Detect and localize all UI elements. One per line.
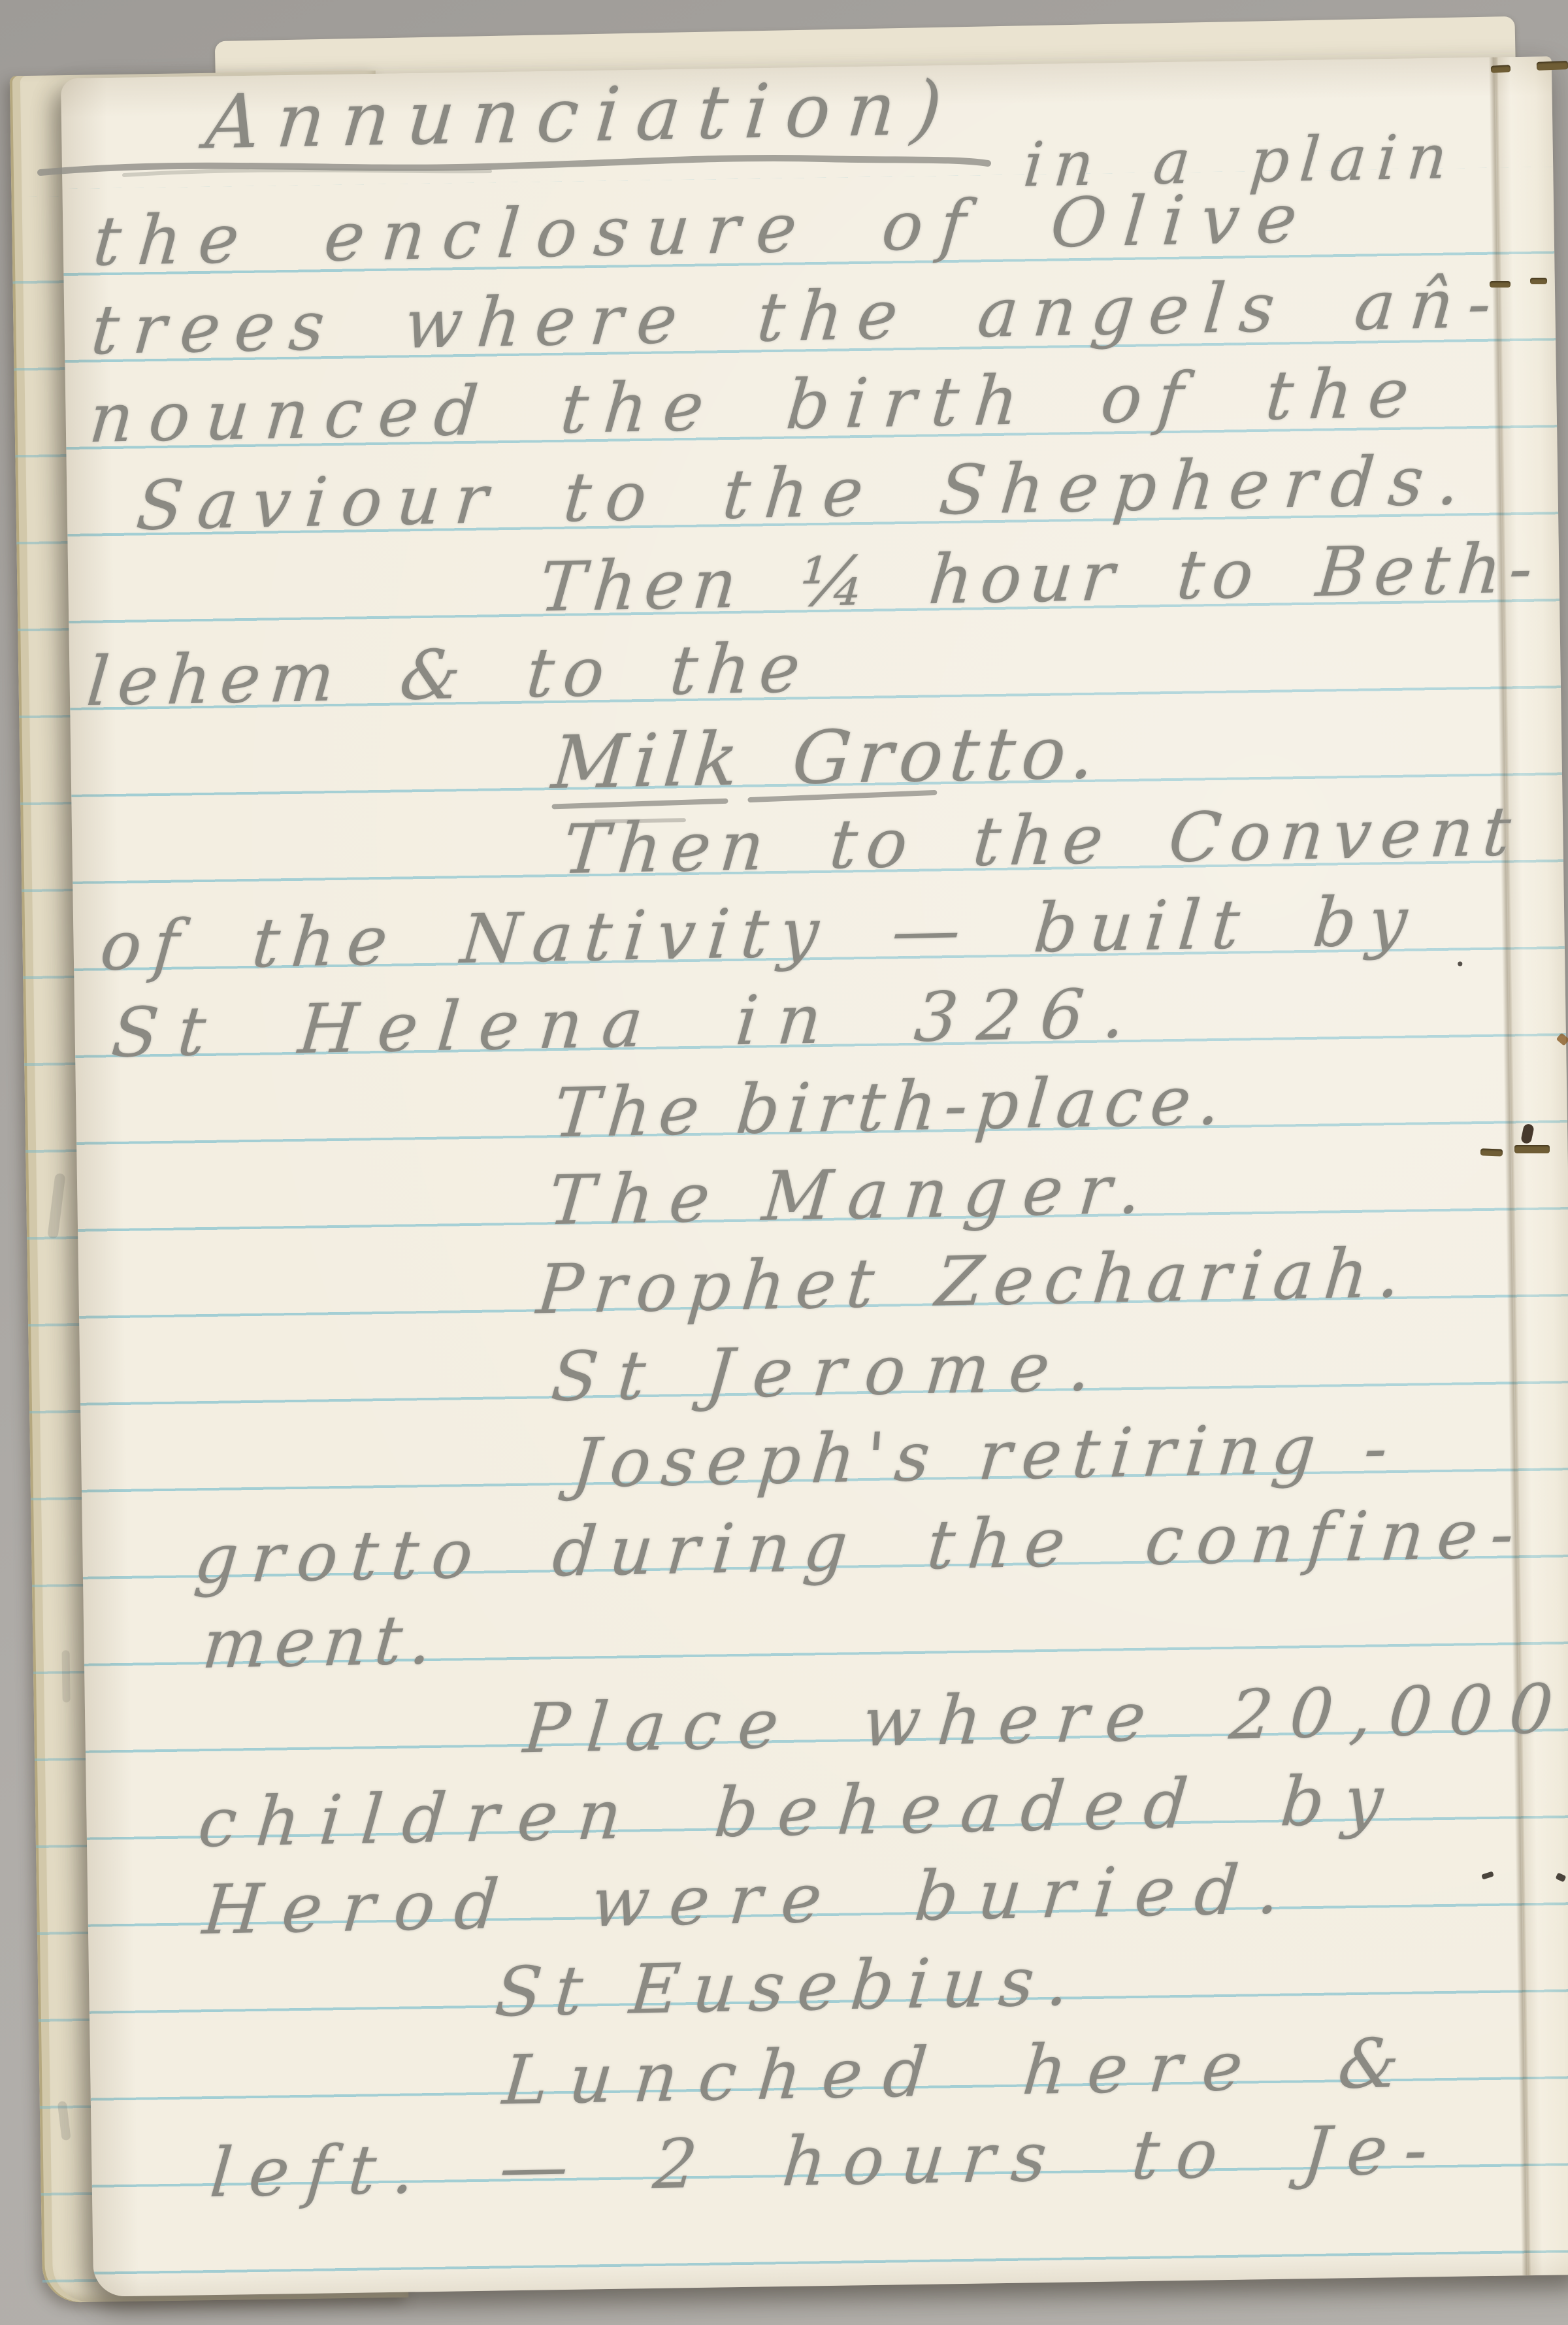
handwritten-line: Saviour to the Shepherds. — [133, 442, 1477, 546]
handwritten-line: Prophet Zechariah. — [534, 1234, 1414, 1329]
handwritten-line: lehem & to the — [84, 629, 812, 721]
binding-stitch — [1480, 1148, 1503, 1156]
handwritten-line: nounced the birth of the — [86, 354, 1428, 458]
ink-speck — [1458, 961, 1462, 966]
handwritten-line: The birth-place. — [551, 1061, 1232, 1153]
handwritten-line: Then to the Convent — [560, 793, 1523, 889]
handwritten-line: St Helena in 326. — [108, 974, 1148, 1072]
handwritten-line: St Jerome. — [548, 1328, 1113, 1417]
handwritten-line: St Eusebius. — [492, 1942, 1085, 2032]
handwritten-line: children beheaded by — [195, 1761, 1405, 1862]
handwritten-line: Milk Grotto. — [549, 711, 1105, 806]
binding-stitch — [1491, 65, 1511, 73]
pencil-smudge — [61, 1650, 70, 1702]
binding-stitch — [1537, 61, 1568, 71]
notebook: Annunciation) in a plain the enclosure o… — [0, 0, 1568, 2325]
handwritten-line: left. — 2 hours to Je- — [207, 2111, 1448, 2213]
handwritten-line: Joseph's retiring - — [569, 1409, 1401, 1503]
pencil-underline-title — [33, 145, 1000, 197]
binding-stitch — [1530, 278, 1547, 284]
handwritten-line: The Manger. — [546, 1150, 1160, 1240]
handwritten-line: Then ¼ hour to Beth- — [536, 529, 1543, 627]
handwritten-line: of the Nativity — built by — [97, 882, 1422, 985]
notebook-page: Annunciation) in a plain the enclosure o… — [61, 56, 1568, 2296]
handwritten-line: trees where the angels an̂- — [88, 265, 1509, 370]
handwritten-line: Herod were buried. — [200, 1851, 1303, 1950]
binding-stitch — [1490, 281, 1511, 288]
handwritten-line: grotto during the confine- — [191, 1495, 1530, 1599]
handwritten-line: Place where 20,000 — [521, 1670, 1568, 1768]
binding-stitch — [1514, 1145, 1550, 1153]
handwritten-line: Lunched here & — [500, 2024, 1424, 2120]
handwritten-line: ment. — [199, 1601, 442, 1684]
